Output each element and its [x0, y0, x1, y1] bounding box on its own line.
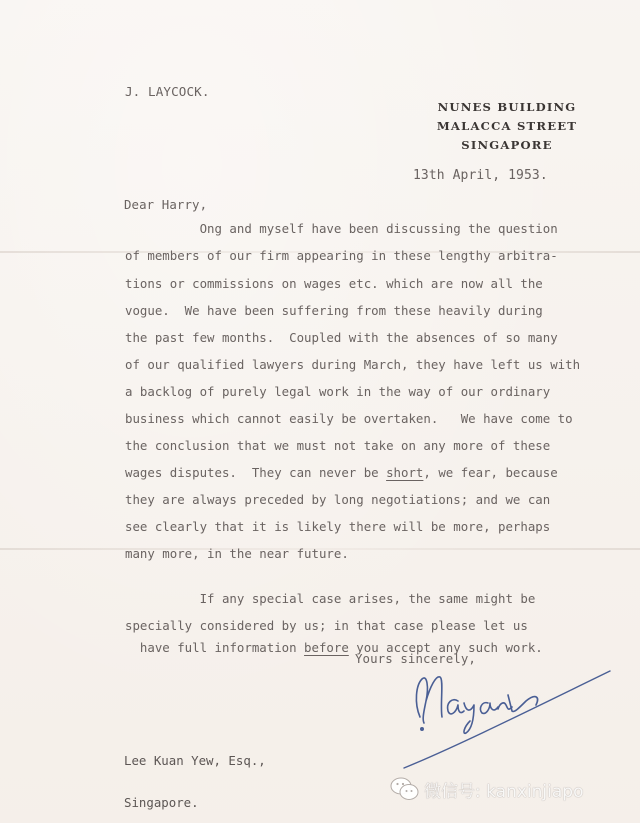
letterhead-line-building: NUNES BUILDING — [432, 98, 582, 117]
body-line: of our qualified lawyers during March, t… — [125, 357, 580, 372]
letterhead-line-city: SINGAPORE — [432, 136, 582, 155]
body-line: Ong and myself have been discussing the … — [125, 221, 558, 236]
letterhead-address: NUNES BUILDING MALACCA STREET SINGAPORE — [432, 98, 582, 155]
watermark-text: 微信号: kanxinjiapo — [424, 777, 583, 802]
body-line: vogue. We have been suffering from these… — [125, 303, 543, 318]
body-line: If any special case arises, the same mig… — [125, 591, 535, 606]
addressee-block: Lee Kuan Yew, Esq., Singapore. — [124, 726, 266, 823]
sender-name: J. LAYCOCK. — [125, 84, 210, 99]
salutation: Dear Harry, — [124, 197, 207, 212]
final-body-line: have full information before you accept … — [125, 625, 543, 655]
body-line: business which cannot easily be overtake… — [125, 411, 573, 426]
underlined-word-before: before — [304, 640, 349, 655]
body-line: of members of our firm appearing in thes… — [125, 248, 558, 263]
underlined-word-short: short — [386, 465, 423, 480]
body-line-emphasis: wages disputes. They can never be short,… — [125, 465, 558, 480]
body-line: a backlog of purely legal work in the wa… — [125, 384, 550, 399]
text: wages disputes. They can never be — [125, 465, 386, 480]
signature-icon — [400, 665, 615, 775]
body-line: the conclusion that we must not take on … — [125, 438, 550, 453]
body-line: they are always preceded by long negotia… — [125, 492, 550, 507]
wechat-icon — [390, 776, 420, 802]
body-line: many more, in the near future. — [125, 546, 349, 561]
addressee-name: Lee Kuan Yew, Esq., — [124, 754, 266, 768]
addressee-city: Singapore. — [124, 796, 266, 810]
text: , we fear, because — [423, 465, 557, 480]
body-line: the past few months. Coupled with the ab… — [125, 330, 558, 345]
body-line: see clearly that it is likely there will… — [125, 519, 550, 534]
wechat-watermark: 微信号: kanxinjiapo — [390, 776, 583, 802]
letterhead-line-street: MALACCA STREET — [432, 117, 582, 136]
letter-date: 13th April, 1953. — [413, 168, 548, 183]
closing: Yours sincerely, — [355, 651, 476, 666]
signature — [400, 665, 615, 779]
body-line: tions or commissions on wages etc. which… — [125, 276, 543, 291]
text: have full information — [140, 640, 304, 655]
